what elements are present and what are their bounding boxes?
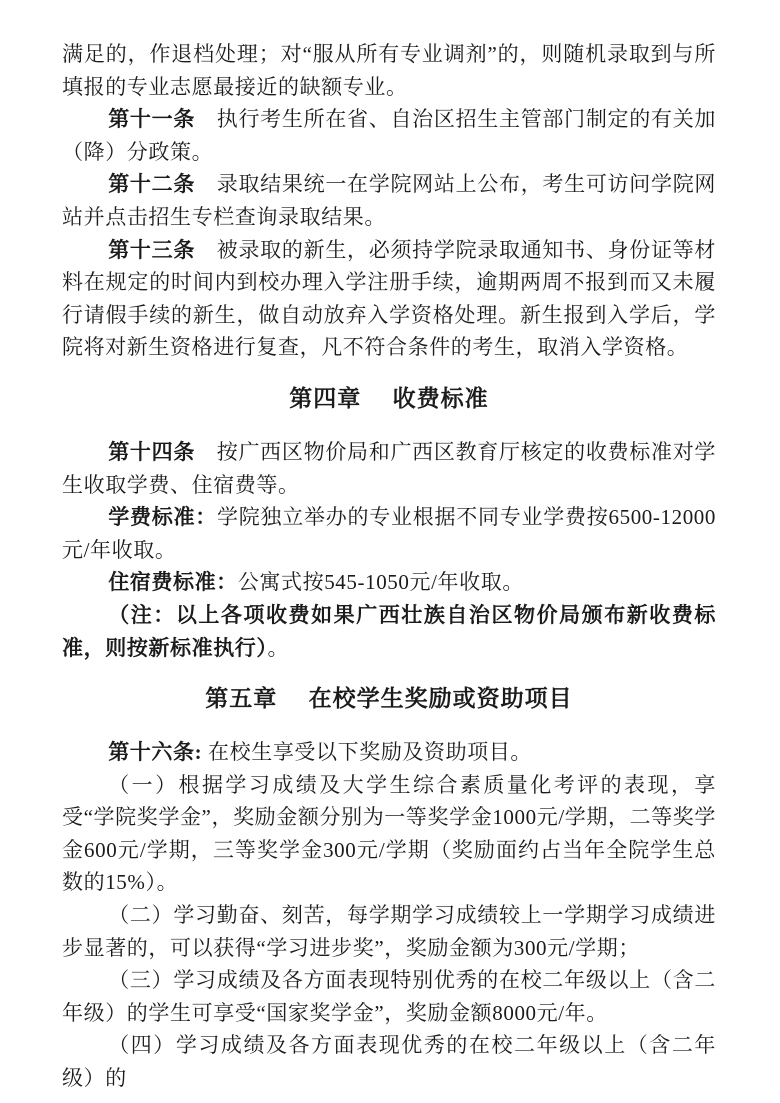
bold-text-run: （注：以上各项收费如果广西壮族自治区物价局颁布新收费标准，则按新标准执行） bbox=[62, 603, 716, 660]
paragraph: （二）学习勤奋、刻苦，每学期学习成绩较上一学期学习成绩进步显著的，可以获得“学习… bbox=[62, 899, 716, 964]
bold-text-run: 住宿费标准： bbox=[108, 570, 238, 594]
chapter-heading: 第四章 收费标准 bbox=[62, 381, 716, 415]
bold-text-run: 第十一条 bbox=[108, 107, 195, 131]
text-run: （一）根据学习成绩及大学生综合素质量化考评的表现，享受“学院奖学金”，奖励金额分… bbox=[62, 773, 716, 895]
document-page: 满足的，作退档处理；对“服从所有专业调剂”的，则随机录取到与所填报的专业志愿最接… bbox=[0, 0, 780, 1103]
bold-text-run: 学费标准： bbox=[108, 505, 217, 529]
text-run: 。 bbox=[268, 636, 290, 660]
paragraph: 第十六条: 在校生享受以下奖励及资助项目。 bbox=[62, 736, 716, 769]
paragraph: 第十四条 按广西区物价局和广西区教育厅核定的收费标准对学生收取学费、住宿费等。 bbox=[62, 436, 716, 501]
text-run: 在校生享受以下奖励及资助项目。 bbox=[202, 740, 532, 764]
paragraph: 满足的，作退档处理；对“服从所有专业调剂”的，则随机录取到与所填报的专业志愿最接… bbox=[62, 38, 716, 103]
text-run: 满足的，作退档处理；对“服从所有专业调剂”的，则随机录取到与所填报的专业志愿最接… bbox=[62, 42, 716, 99]
paragraph: 第十二条 录取结果统一在学院网站上公布，考生可访问学院网站并点击招生专栏查询录取… bbox=[62, 168, 716, 233]
bold-text-run: 第十三条 bbox=[108, 238, 195, 262]
bold-text-run: 第十六条: bbox=[108, 740, 202, 764]
paragraph: （一）根据学习成绩及大学生综合素质量化考评的表现，享受“学院奖学金”，奖励金额分… bbox=[62, 769, 716, 899]
paragraph: （三）学习成绩及各方面表现特别优秀的在校二年级以上（含二年级）的学生可享受“国家… bbox=[62, 964, 716, 1029]
paragraph: （四）学习成绩及各方面表现优秀的在校二年级以上（含二年级）的 bbox=[62, 1029, 716, 1094]
paragraph: （注：以上各项收费如果广西壮族自治区物价局颁布新收费标准，则按新标准执行）。 bbox=[62, 599, 716, 664]
paragraph: 第十一条 执行考生所在省、自治区招生主管部门制定的有关加（降）分政策。 bbox=[62, 103, 716, 168]
bold-text-run: 第五章 在校学生奖励或资助项目 bbox=[205, 685, 572, 711]
bold-text-run: 第十二条 bbox=[108, 172, 195, 196]
text-run: （二）学习勤奋、刻苦，每学期学习成绩较上一学期学习成绩进步显著的，可以获得“学习… bbox=[62, 903, 716, 960]
bold-text-run: 第十四条 bbox=[108, 440, 195, 464]
document-body: 满足的，作退档处理；对“服从所有专业调剂”的，则随机录取到与所填报的专业志愿最接… bbox=[62, 38, 716, 1095]
bold-text-run: 第四章 收费标准 bbox=[289, 385, 488, 411]
chapter-heading: 第五章 在校学生奖励或资助项目 bbox=[62, 681, 716, 715]
paragraph: 住宿费标准：公寓式按545-1050元/年收取。 bbox=[62, 566, 716, 599]
paragraph: 学费标准：学院独立举办的专业根据不同专业学费按6500-12000元/年收取。 bbox=[62, 501, 716, 566]
text-run: （四）学习成绩及各方面表现优秀的在校二年级以上（含二年级）的 bbox=[62, 1033, 716, 1090]
text-run: 公寓式按545-1050元/年收取。 bbox=[238, 570, 524, 594]
paragraph: 第十三条 被录取的新生，必须持学院录取通知书、身份证等材料在规定的时间内到校办理… bbox=[62, 234, 716, 364]
text-run: （三）学习成绩及各方面表现特别优秀的在校二年级以上（含二年级）的学生可享受“国家… bbox=[62, 968, 716, 1025]
